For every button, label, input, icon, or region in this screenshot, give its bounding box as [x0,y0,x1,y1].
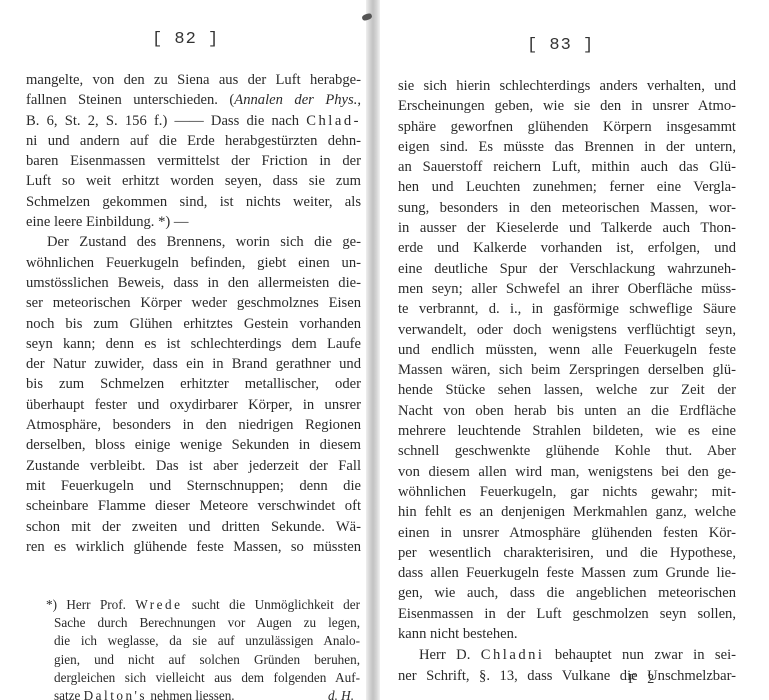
text-segment: *) Herr Prof. [46,597,135,612]
text-line: Nacht von oben herab bis unten an die Er… [398,401,736,421]
right-page: [ 83 ] sie sich hierin schlechterdings a… [380,0,769,700]
text-segment: Herr D. [419,647,481,663]
footnote-line: die ich weglasse, da sie auf unzulässige… [46,632,360,650]
text-line: und endlich müssten, wenn alle Feuerkuge… [398,340,736,360]
page-number-right: [ 83 ] [527,36,594,55]
text-line: hin fehlt es an denjenigen Merkmahlen ga… [398,502,736,522]
text-line: der Natur zuwider, dass ein in Brand ger… [26,354,361,374]
text-line: per wesentlich charakterisiren, und die … [398,543,736,563]
text-line: fallnen Steinen unterschieden. (Annalen … [26,90,361,110]
author-name-spaced: Chlad- [306,113,361,129]
text-line: wöhnlichen Feuerkugeln befinden, giebt e… [26,253,361,273]
text-line: Zustande verbleibt. Das ist aber jederze… [26,456,361,476]
text-segment: satze [54,688,84,700]
text-line: Atmosphäre, besonders in den niedrigen R… [26,415,361,435]
text-line: Schmelzen gekommen sind, ist nichts weit… [26,192,361,212]
footnote-line: dergleichen sich vielleicht aus dem folg… [46,669,360,687]
text-line: Luft so weit erhitzt worden seyen, dass … [26,171,361,191]
text-line: hende Stücke sehen lassen, welche zur Ze… [398,380,736,400]
text-line: schnell geschwenkte glühende Kohle thut.… [398,441,736,461]
footnote-line: *) Herr Prof. Wrede sucht die Unmöglichk… [46,596,360,614]
text-line: hen und Leuchten zunehmen; ferner eine V… [398,177,736,197]
footnote-line: satze Dalton's nehmen liessen.d. H. [46,687,360,700]
text-line: wöhnlichen Feuerkugeln, gar nichts gewah… [398,482,736,502]
author-name-spaced: Dalton's [84,688,147,700]
text-line: Erscheinungen geben, wie sie den in unsr… [398,96,736,116]
text-line: mit Feuerkugeln und Sternschnuppen; denn… [26,476,361,496]
text-line: Eisenmassen in der Luft geschmolzen seyn… [398,604,736,624]
text-line: sung, besonders in den meteorischen Mass… [398,198,736,218]
text-line: von diesem allen wird man, wenigstens be… [398,462,736,482]
text-line: an Sauerstoff reichern Luft, mithin auch… [398,157,736,177]
text-line: umstösslichen Beweis, dass in den allerm… [26,273,361,293]
footnote: *) Herr Prof. Wrede sucht die Unmöglichk… [46,596,360,700]
paragraph-start-line: Herr D. Chladni behauptet nun zwar in se… [398,645,736,665]
text-segment: nehmen liessen. [147,688,235,700]
book-gutter [366,0,380,700]
text-line: einen in unsrer Atmosphäre glühenden fes… [398,523,736,543]
printer-signature-mark: F 2 [628,672,658,688]
text-line: bis zum Schmelzen erhitzter metallischer… [26,374,361,394]
text-line: ser meteorischen Körper weder geschmolzn… [26,293,361,313]
text-segment: , [357,92,361,108]
text-line: erde und Kalkerde vorhanden ist, erfolge… [398,238,736,258]
footnote-line: gien, und nicht auf solchen Gründen beru… [46,651,360,669]
text-line: ner Schrift, §. 13, dass Vulkane die Uns… [398,666,736,686]
text-segment: behauptet nun zwar in sei- [544,647,736,663]
text-line: Massen wären, sich beim Zerspringen ders… [398,360,736,380]
left-page-body: mangelte, von den zu Siena aus der Luft … [26,70,361,557]
text-line: sie sich hierin schlechterdings anders v… [398,76,736,96]
text-line: te verbrannt, d. i., in gasförmige schwe… [398,299,736,319]
text-line: B. 6, St. 2, S. 156 f.) —— Dass die nach… [26,111,361,131]
text-line: eine leere Einbildung. *) — [26,212,361,232]
text-line: noch bis zum Glühen erhitztes Gestein vo… [26,314,361,334]
text-segment: fallnen Steinen unterschieden. ( [26,92,234,108]
text-line: men seyn; aller Schwefel an ihrer Oberfl… [398,279,736,299]
footnote-signature: d. H. [328,687,360,700]
text-line: baren Eisenmassen vermittelst der Fricti… [26,151,361,171]
right-page-body: sie sich hierin schlechterdings anders v… [398,76,736,686]
text-line: überhaupt fester und oxydirbarer Körper,… [26,395,361,415]
left-page: [ 82 ] mangelte, von den zu Siena aus de… [0,0,368,700]
text-line: ren es wirklich glühende feste Massen, s… [26,537,361,557]
footnote-line: Sache durch Berechnungen vor Augen zu le… [46,614,360,632]
author-name-spaced: Wrede [135,597,182,612]
text-line: schon mit der zweiten und dritten Sekund… [26,517,361,537]
text-segment: B. 6, St. 2, S. 156 f.) —— Dass die nach [26,113,306,129]
text-line: sphäre geworfnen glühenden Körpern insge… [398,117,736,137]
text-line: ni und andern auf die Erde herabgestürzt… [26,131,361,151]
author-name-spaced: Chladni [481,647,545,663]
text-segment: sucht die Unmöglichkeit der [182,597,360,612]
text-line: dass allen Feuerkugeln feste Massen zum … [398,563,736,583]
text-line: mehrere leuchtende Strahlen bildeten, wi… [398,421,736,441]
text-line: scheinbare Flamme dieser Meteore verschw… [26,496,361,516]
text-line: eine deutliche Spur der Verschlackung wa… [398,259,736,279]
text-line: mangelte, von den zu Siena aus der Luft … [26,70,361,90]
paragraph-start-line: Der Zustand des Brennens, worin sich die… [26,232,361,252]
text-line: in ausser der Kieselerde und Talkerde au… [398,218,736,238]
citation-italic: Annalen der Phys. [234,92,357,108]
text-line: kann nicht bestehen. [398,624,736,644]
page-number-left: [ 82 ] [152,30,219,49]
text-line: gen, wie auch, dass die angeblichen mete… [398,583,736,603]
text-line: seyn kann; denn es ist schlechterdings d… [26,334,361,354]
book-spread: [ 82 ] mangelte, von den zu Siena aus de… [0,0,769,700]
text-line: verwandelt, oder doch wenigstens verflüc… [398,320,736,340]
text-line: eigen sind. Es müsste das Brennen in der… [398,137,736,157]
text-line: derselben, bloss einige wenige Sekunden … [26,435,361,455]
